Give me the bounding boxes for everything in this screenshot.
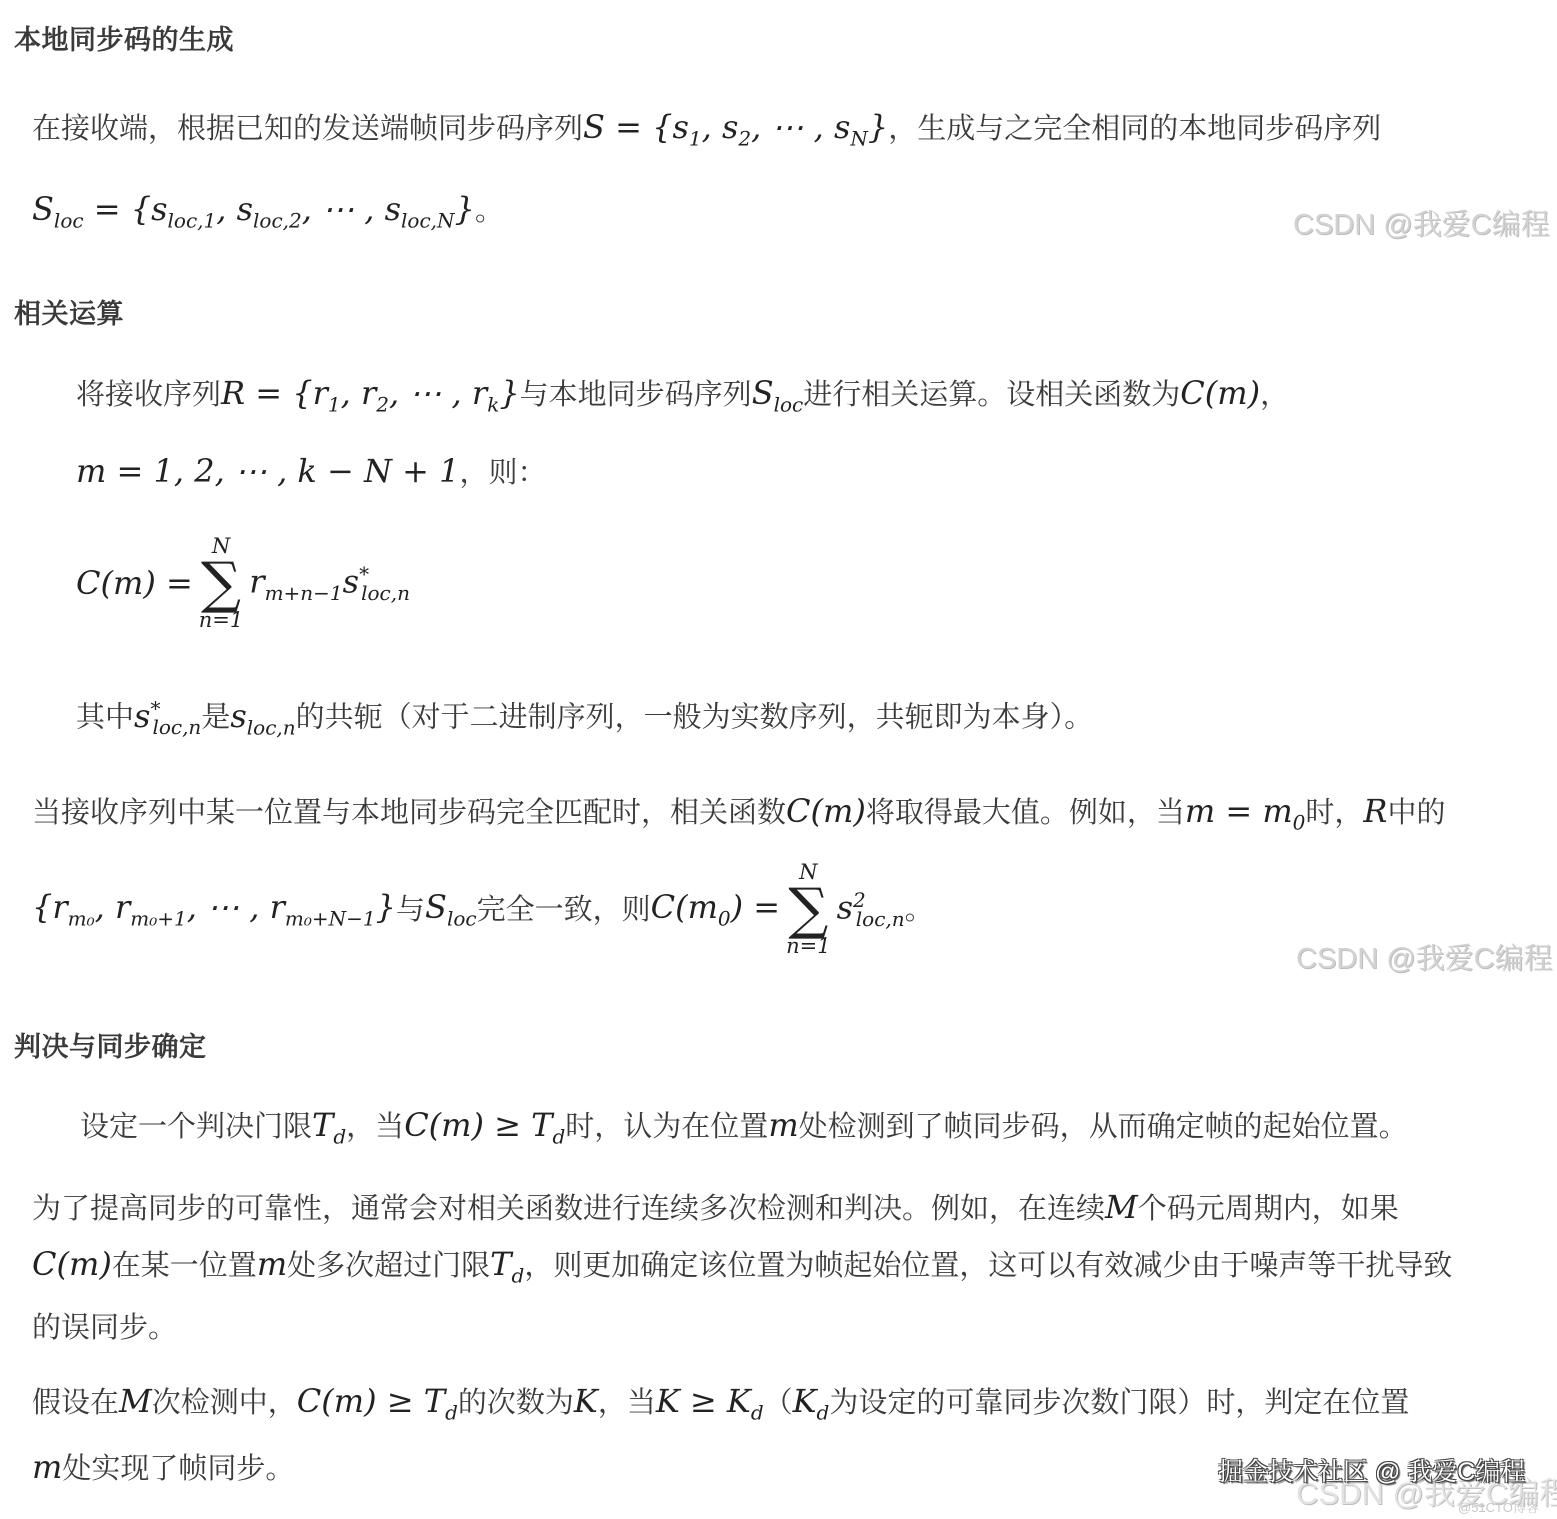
math-s-locn: sloc,n	[230, 697, 295, 735]
math-Cm-lhs: C(m) =	[76, 564, 193, 602]
math-Td: Td	[312, 1106, 346, 1144]
math-m: m	[257, 1245, 287, 1283]
paragraph-k-of-m: 假设在M次检测中，C(m) ≥ Td的次数为K，当K ≥ Kd（Kd为设定的可靠…	[32, 1382, 1409, 1424]
math-K: K	[574, 1382, 598, 1420]
watermark-csdn: CSDN @我爱C编程	[1296, 936, 1553, 977]
math-summand: rm+n−1s*loc,n	[249, 562, 410, 605]
math-r-subseq: {rm₀, rm₀+1, ⋯ , rm₀+N−1}	[32, 888, 396, 930]
math-Sloc: Sloc	[425, 888, 477, 930]
math-Cm-ge-Td: C(m) ≥ Td	[404, 1106, 565, 1144]
paragraph-local-sync-intro: 在接收端，根据已知的发送端帧同步码序列S = {s1, s2, ⋯ , sN}，…	[32, 108, 1381, 150]
text: ，生成与之完全相同的本地同步码序列	[888, 111, 1381, 145]
paragraph-reliability-2: C(m)在某一位置m处多次超过门限Td，则更加确定该位置为帧起始位置，这可以有效…	[32, 1245, 1452, 1287]
math-Cm-ge-Td: C(m) ≥ Td	[297, 1382, 458, 1420]
paragraph-max-formula: {rm₀, rm₀+1, ⋯ , rm₀+N−1}与Sloc完全一致，则C(m0…	[32, 862, 934, 957]
math-Kd: Kd	[793, 1382, 830, 1420]
math-Cm0: C(m0) =	[651, 888, 781, 930]
math-M: M	[1105, 1188, 1138, 1226]
math-m-eq-m0: m = m0	[1185, 792, 1306, 830]
paragraph-m-range: m = 1, 2, ⋯ , k − N + 1，则：	[76, 452, 547, 490]
paragraph-correlation-intro: 将接收序列R = {r1, r2, ⋯ , rk}与本地同步码序列Sloc进行相…	[76, 374, 1289, 416]
section-heading-correlation: 相关运算	[14, 292, 124, 331]
math-S-set: S = {s1, s2, ⋯ , sN}	[583, 108, 888, 146]
text: 在接收端，根据已知的发送端帧同步码序列	[32, 111, 583, 145]
math-Td: Td	[490, 1245, 524, 1283]
paragraph-k-of-m-2: m处实现了帧同步。	[32, 1448, 294, 1486]
math-M: M	[119, 1382, 152, 1420]
math-s-squared: s2loc,n	[837, 888, 905, 931]
math-s-conj: s*loc,n	[134, 697, 201, 735]
paragraph-max-value: 当接收序列中某一位置与本地同步码完全匹配时，相关函数C(m)将取得最大值。例如，…	[32, 792, 1446, 834]
section-heading-local-sync-code: 本地同步码的生成	[14, 18, 234, 57]
math-m: m	[768, 1106, 798, 1144]
watermark-csdn: CSDN @我爱C编程	[1293, 202, 1550, 243]
watermark-juejin: 掘金技术社区 @ 我爱C编程	[1218, 1452, 1525, 1488]
math-Sloc: Sloc	[752, 374, 804, 412]
math-Cm: C(m)	[1180, 374, 1260, 412]
paragraph-reliability: 为了提高同步的可靠性，通常会对相关函数进行连续多次检测和判决。例如，在连续M个码…	[32, 1188, 1399, 1226]
summation-symbol: N ∑ n=1	[786, 862, 830, 957]
math-Sloc-set: Sloc = {sloc,1, sloc,2, ⋯ , sloc,N}	[32, 190, 475, 228]
math-m: m	[32, 1448, 62, 1486]
math-m-range: m = 1, 2, ⋯ , k − N + 1	[76, 452, 459, 490]
watermark-51cto: @51CTO博客	[1458, 1497, 1539, 1516]
math-Cm: C(m)	[32, 1245, 112, 1283]
paragraph-sloc-definition: Sloc = {sloc,1, sloc,2, ⋯ , sloc,N}。	[32, 190, 504, 232]
paragraph-threshold: 设定一个判决门限Td，当C(m) ≥ Td时，认为在位置m处检测到了帧同步码，从…	[80, 1106, 1408, 1148]
math-K-ge-Kd: K ≥ Kd	[656, 1382, 764, 1420]
paragraph-conjugate-note: 其中s*loc,n是sloc,n的共轭（对于二进制序列，一般为实数序列，共轭即为…	[76, 696, 1093, 739]
text: 。	[475, 193, 504, 227]
math-R-set: R = {r1, r2, ⋯ , rk}	[221, 374, 520, 412]
math-Cm: C(m)	[786, 792, 866, 830]
paragraph-reliability-3: 的误同步。	[32, 1310, 177, 1345]
section-heading-decision: 判决与同步确定	[14, 1025, 207, 1064]
summation-symbol: N ∑ n=1	[199, 536, 243, 631]
formula-correlation: C(m) = N ∑ n=1 rm+n−1s*loc,n	[76, 536, 410, 631]
math-R: R	[1363, 792, 1387, 830]
